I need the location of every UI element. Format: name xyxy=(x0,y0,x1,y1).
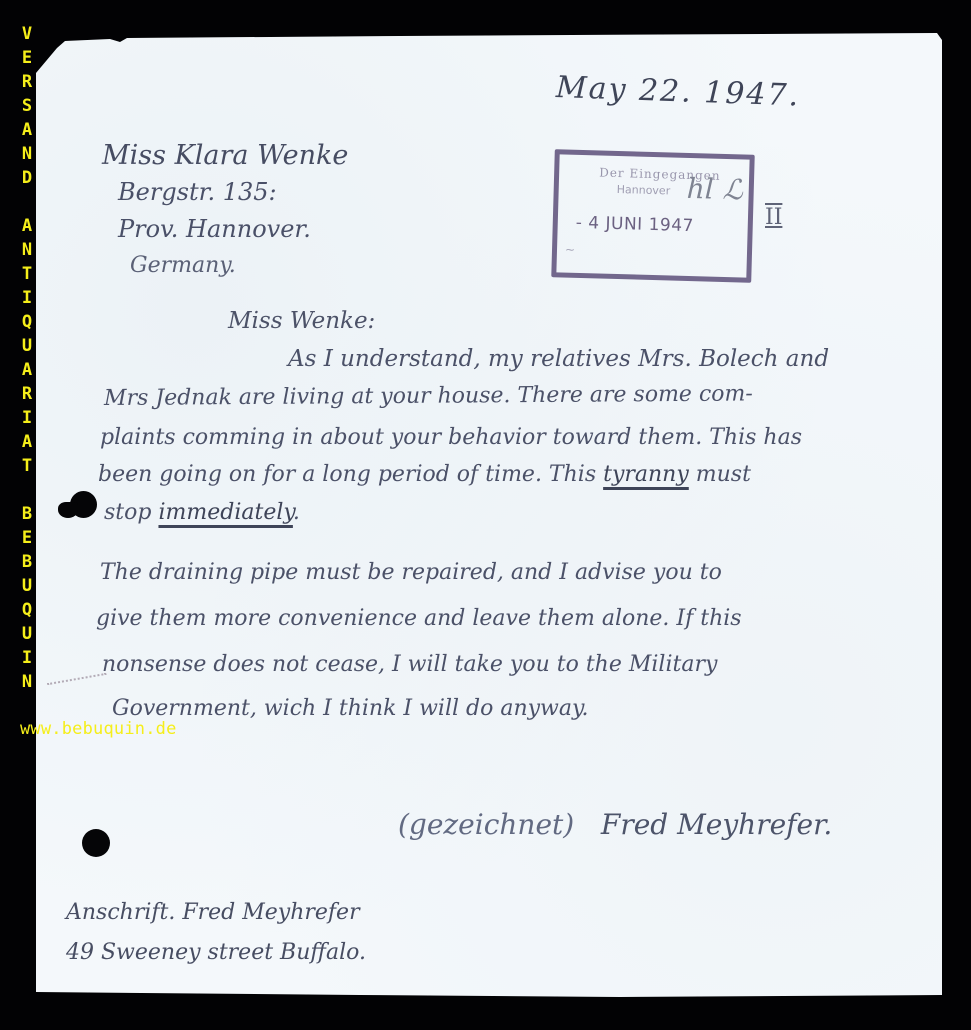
body-line-4: been going on for a long period of time.… xyxy=(98,462,751,487)
body-line-4-text: been going on for a long period of time.… xyxy=(98,462,596,487)
sender-address-line-1: Anschrift. Fred Meyhrefer xyxy=(66,900,360,925)
recipient-name: Miss Klara Wenke xyxy=(102,140,348,171)
paragraph2-line-4: Government, wich I think I will do anywa… xyxy=(112,696,589,721)
body-line-4-end: must xyxy=(689,462,751,487)
stamp-mark: ~ xyxy=(565,243,575,257)
body-line-2: Mrs Jednak are living at your house. The… xyxy=(104,381,753,411)
paragraph2-line-1: The draining pipe must be repaired, and … xyxy=(100,560,722,585)
watermark-url: www.bebuquin.de xyxy=(20,719,177,739)
punch-hole-icon xyxy=(82,829,110,857)
paragraph2-line-2: give them more convenience and leave the… xyxy=(96,606,742,631)
paragraph2-line-3: nonsense does not cease, I will take you… xyxy=(102,652,717,677)
underlined-word-immediately: immediately xyxy=(158,500,292,525)
signature-prefix: (gezeichnet) xyxy=(398,808,574,841)
signature-name: Fred Meyhrefer. xyxy=(601,808,832,841)
signature: (gezeichnet) Fred Meyhrefer. xyxy=(398,808,832,841)
body-line-5-end: . xyxy=(293,500,300,525)
received-stamp: Der Eingegangen Hannover - 4 JUNI 1947 h… xyxy=(551,149,754,283)
roman-numeral-annotation: II xyxy=(765,205,782,230)
body-line-1: As I understand, my relatives Mrs. Bolec… xyxy=(288,346,829,372)
body-line-3: plaints comming in about your behavior t… xyxy=(100,425,802,450)
salutation: Miss Wenke: xyxy=(228,308,375,334)
stamp-subheader: Hannover xyxy=(617,183,671,197)
body-line-5-text: stop xyxy=(104,500,151,525)
punch-hole-tear-icon xyxy=(58,502,78,518)
recipient-country: Germany. xyxy=(130,253,236,278)
stamp-date: - 4 JUNI 1947 xyxy=(575,213,694,236)
body-line-5: stop immediately. xyxy=(104,500,300,525)
sender-address-line-2: 49 Sweeney street Buffalo. xyxy=(66,940,366,965)
recipient-street: Bergstr. 135: xyxy=(118,178,277,206)
underlined-word-tyranny: tyranny xyxy=(603,462,689,487)
stamp-initials: hl ℒ xyxy=(686,172,743,207)
recipient-province: Prov. Hannover. xyxy=(118,215,311,243)
watermark-vertical-text: VERSAND ANTIQUARIAT BEBUQUIN xyxy=(19,22,35,694)
